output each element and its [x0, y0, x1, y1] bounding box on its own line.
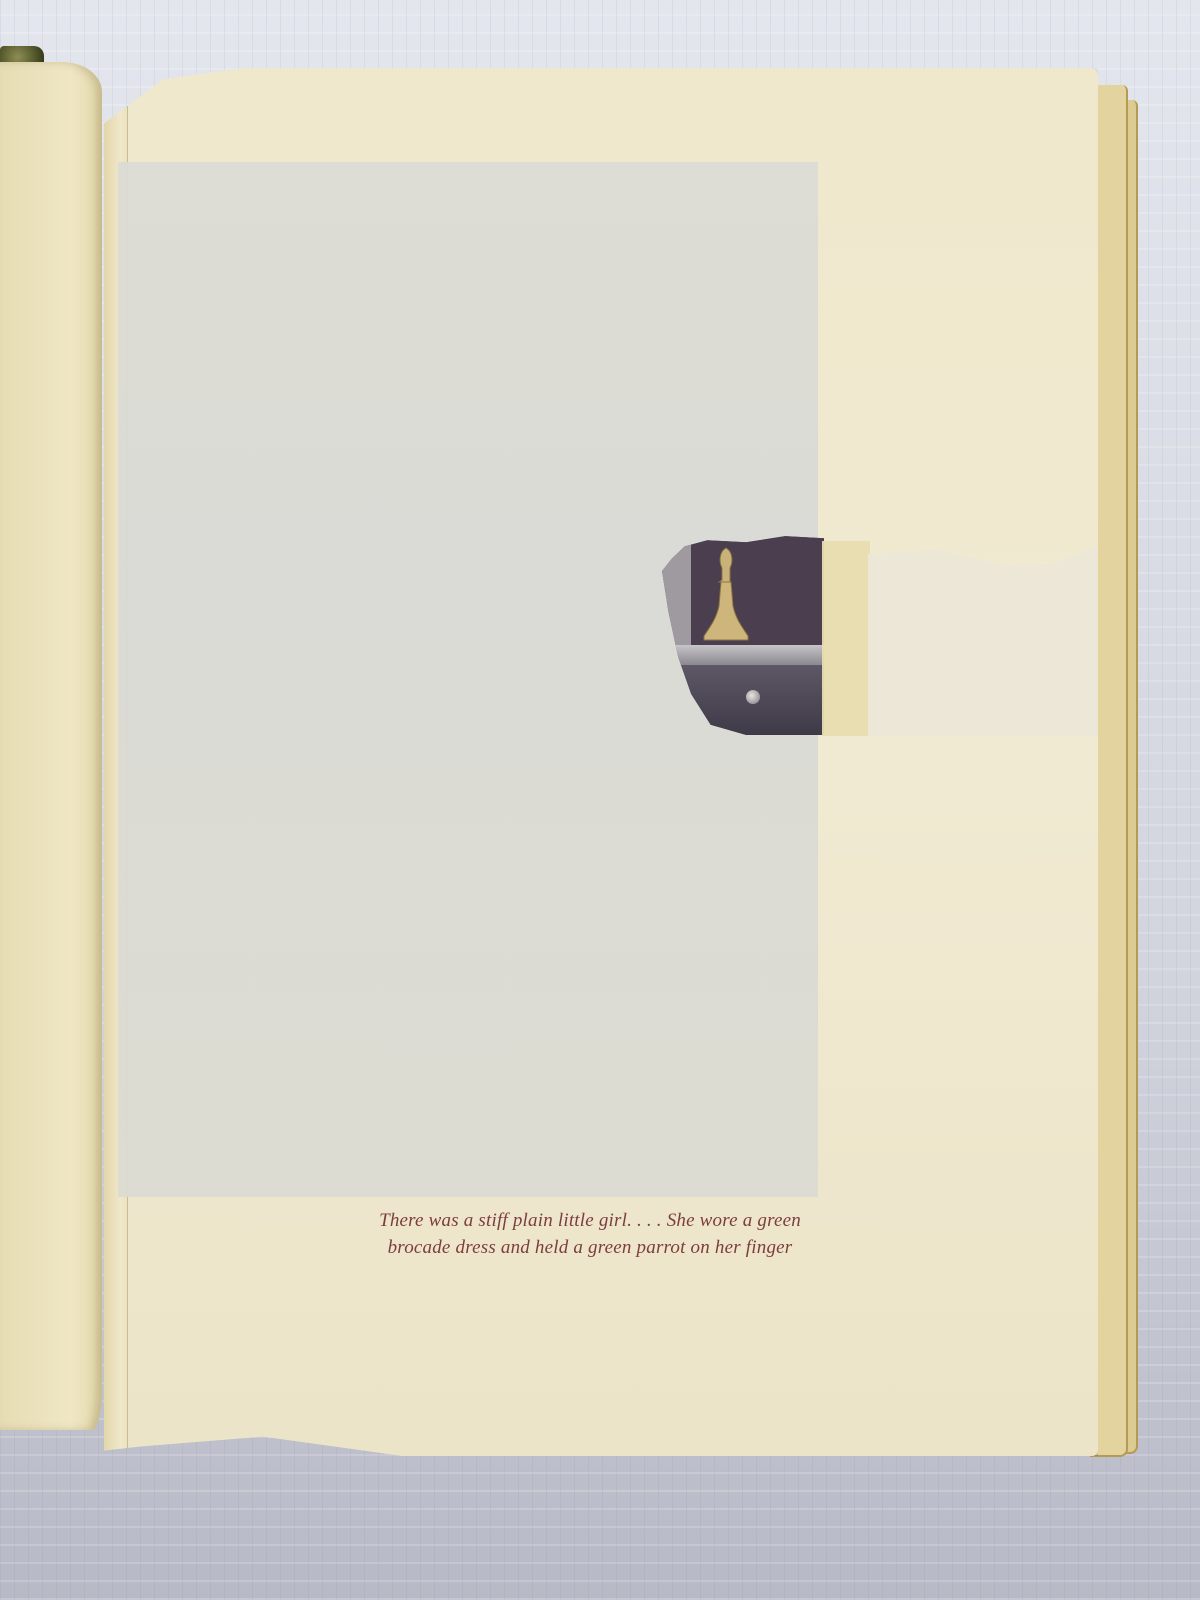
tape-strip — [822, 541, 870, 736]
plate-caption: There was a stiff plain little girl. . .… — [300, 1207, 880, 1261]
candlestick-icon — [703, 546, 749, 644]
caption-line-2: brocade dress and held a green parrot on… — [300, 1234, 880, 1261]
caption-line-1: There was a stiff plain little girl. . .… — [300, 1207, 880, 1234]
dresser-top — [662, 645, 824, 666]
left-page — [0, 62, 102, 1430]
book-photo: There was a stiff plain little girl. . .… — [0, 0, 1200, 1600]
torn-paper-remnant — [868, 538, 1098, 736]
